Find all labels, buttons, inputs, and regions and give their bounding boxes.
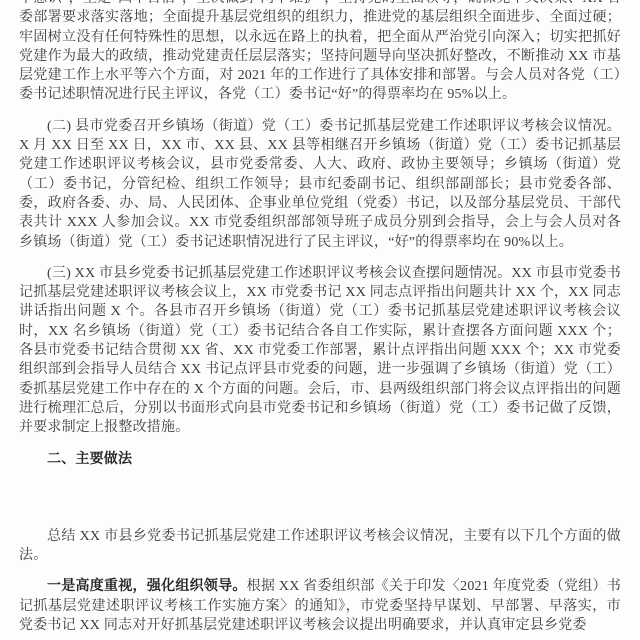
heading-section-2-main-practices-run-0: 二、主要做法 xyxy=(47,452,132,467)
para-section-3-problems-found: (三) XX 市县乡党委书记抓基层党建工作述职评议考核会议查摆问题情况。XX 市… xyxy=(19,264,621,438)
para-practice-1-organization-leadership: 一是高度重视，强化组织领导。根据 XX 省委组织部《关于印发〈2021 年度党委… xyxy=(19,577,621,635)
para-meeting-overview-continued-run-0: 个意识”，坚定“四个自信”，坚决做到“两个维护”，坚持党的全面领导，确保党中央决… xyxy=(19,0,621,102)
document-page: 个意识”，坚定“四个自信”，坚决做到“两个维护”，坚持党的全面领导，确保党中央决… xyxy=(0,0,640,640)
para-summary-lead: 总结 XX 市县乡党委书记抓基层党建工作述职评议考核会议情况，主要有以下几个方面… xyxy=(19,527,621,566)
para-section-3-problems-found-run-0: (三) XX 市县乡党委书记抓基层党建工作述职评议考核会议查摆问题情况。XX 市… xyxy=(19,266,621,435)
para-summary-lead-run-0: 总结 XX 市县乡党委书记抓基层党建工作述职评议考核会议情况，主要有以下几个方面… xyxy=(19,529,621,563)
blank-gap xyxy=(19,481,621,527)
heading-section-2-main-practices: 二、主要做法 xyxy=(19,450,621,469)
para-practice-1-organization-leadership-run-0: 一是高度重视，强化组织领导。 xyxy=(47,579,247,594)
para-meeting-overview-continued: 个意识”，坚定“四个自信”，坚决做到“两个维护”，坚持党的全面领导，确保党中央决… xyxy=(19,0,621,105)
document-body: 个意识”，坚定“四个自信”，坚决做到“两个维护”，坚持党的全面领导，确保党中央决… xyxy=(19,0,621,635)
para-section-2-county-meetings-run-0: (二) 县市党委召开乡镇场（街道）党（工）委书记抓基层党建工作述职评议考核会议情… xyxy=(19,119,621,250)
para-section-2-county-meetings: (二) 县市党委召开乡镇场（街道）党（工）委书记抓基层党建工作述职评议考核会议情… xyxy=(19,117,621,252)
